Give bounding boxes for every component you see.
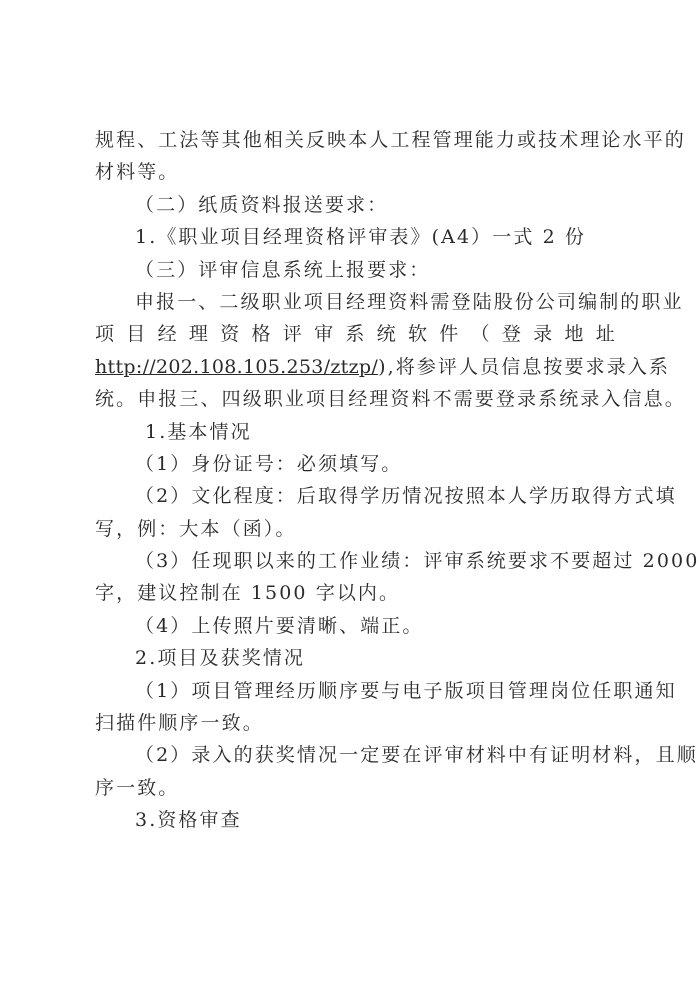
paragraph-text: ),将参评人员信息按要求录入系 [378, 356, 670, 378]
paragraph-line-justified: 项 目 经 理 资 格 评 审 系 统 软 件 （ 登 录 地 址 [95, 318, 615, 350]
char: 理 [189, 318, 208, 350]
char: 目 [126, 318, 145, 350]
section-heading-paper-materials: （二）纸质资料报送要求： [95, 189, 615, 221]
list-item-continuation: 写，例：大本（函）。 [95, 513, 615, 545]
subsection-heading-projects-awards: 2.项目及获奖情况 [95, 642, 615, 674]
list-item: （1）身份证号：必须填写。 [95, 448, 615, 480]
char: 资 [220, 318, 239, 350]
paragraph-line: 材料等。 [95, 156, 615, 188]
list-item-continuation: 序一致。 [95, 772, 615, 804]
subsection-heading-qualification-review: 3.资格审查 [95, 804, 615, 836]
char: 录 [533, 318, 552, 350]
login-url-link[interactable]: http://202.108.105.253/ztzp/ [95, 356, 378, 378]
char: 格 [251, 318, 270, 350]
section-heading-system-submission: （三）评审信息系统上报要求： [95, 254, 615, 286]
char: 统 [377, 318, 396, 350]
list-item: （2）文化程度：后取得学历情况按照本人学历取得方式填 [95, 480, 615, 512]
paragraph-line: 申报一、二级职业项目经理资料需登陆股份公司编制的职业 [95, 286, 615, 318]
char: 审 [314, 318, 333, 350]
char: 软 [408, 318, 427, 350]
char: 项 [95, 318, 114, 350]
list-item-continuation: 字，建议控制在 1500 字以内。 [95, 577, 615, 609]
char: 登 [502, 318, 521, 350]
list-item-continuation: 扫描件顺序一致。 [95, 707, 615, 739]
list-item: （4）上传照片要清晰、端正。 [95, 610, 615, 642]
list-item-review-form: 1.《职业项目经理资格评审表》(A4）一式 2 份 [95, 221, 615, 253]
char: 经 [158, 318, 177, 350]
document-page: 规程、工法等其他相关反映本人工程管理能力或技术理论水平的 材料等。 （二）纸质资… [95, 124, 615, 837]
list-item: （1）项目管理经历顺序要与电子版项目管理岗位任职通知 [95, 675, 615, 707]
char: 地 [564, 318, 583, 350]
paragraph-line: 统。申报三、四级职业项目经理资料不需要登录系统录入信息。 [95, 383, 615, 415]
char: 址 [596, 318, 615, 350]
paragraph-line: 规程、工法等其他相关反映本人工程管理能力或技术理论水平的 [95, 124, 615, 156]
subsection-heading-basic-info: 1.基本情况 [95, 416, 615, 448]
list-item: （2）录入的获奖情况一定要在评审材料中有证明材料，且顺 [95, 739, 615, 771]
char: 评 [283, 318, 302, 350]
list-item: （3）任现职以来的工作业绩：评审系统要求不要超过 2000 [95, 545, 615, 577]
char: 系 [345, 318, 364, 350]
paragraph-line-with-link: http://202.108.105.253/ztzp/),将参评人员信息按要求… [95, 351, 615, 383]
char: （ [471, 318, 490, 350]
char: 件 [439, 318, 458, 350]
